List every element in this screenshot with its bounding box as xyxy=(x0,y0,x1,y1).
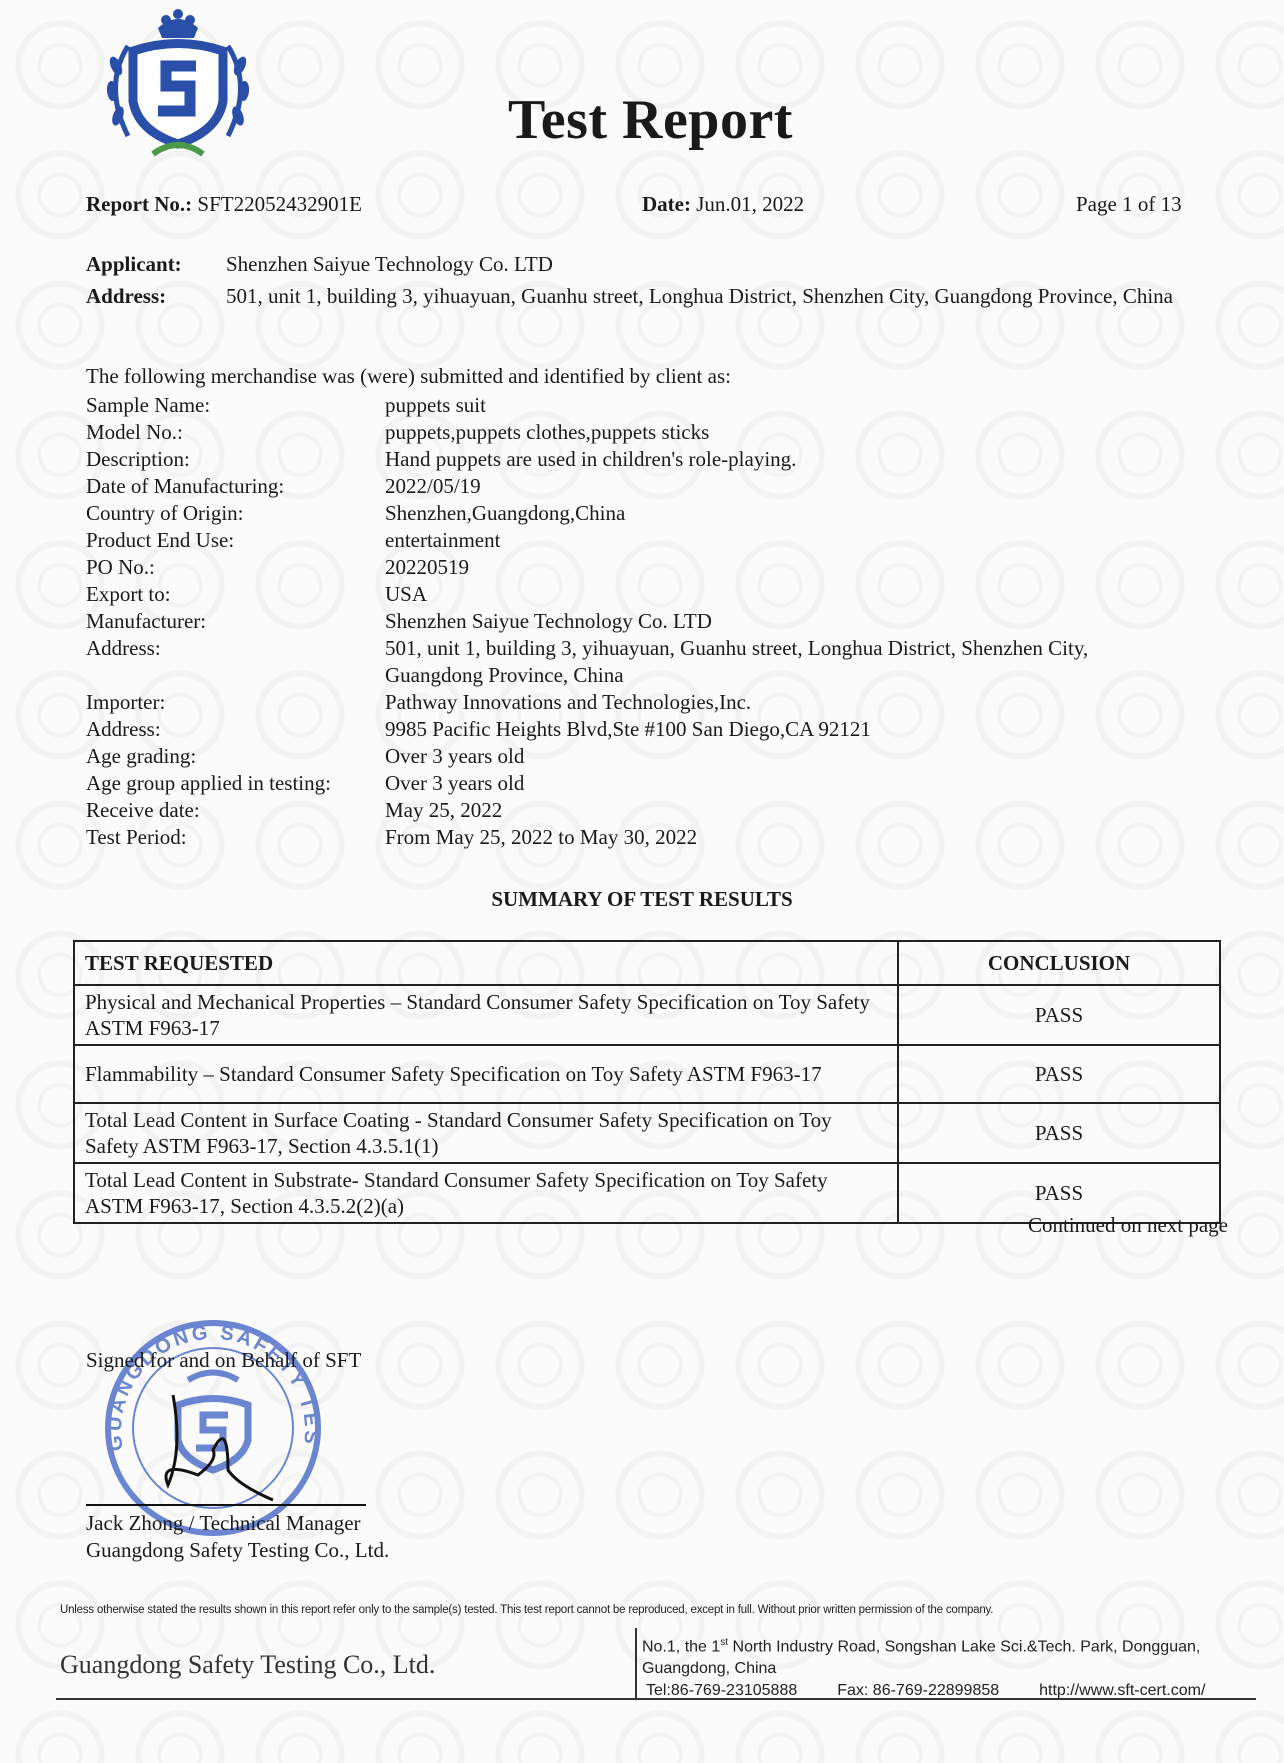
detail-value: puppets,puppets clothes,puppets sticks xyxy=(385,419,1175,446)
detail-value: USA xyxy=(385,581,1175,608)
report-date-value: Jun.01, 2022 xyxy=(696,192,804,216)
detail-row: Importer:Pathway Innovations and Technol… xyxy=(86,689,1175,716)
header-conclusion: CONCLUSION xyxy=(898,941,1220,985)
applicant-value: Shenzhen Saiyue Technology Co. LTD xyxy=(226,252,553,277)
detail-value: Over 3 years old xyxy=(385,743,1175,770)
test-requested-cell: Physical and Mechanical Properties – Sta… xyxy=(74,985,898,1045)
page-title: Test Report xyxy=(508,88,793,152)
report-date-label: Date: xyxy=(642,192,691,216)
detail-label: Importer: xyxy=(86,689,385,716)
detail-row: Country of Origin:Shenzhen,Guangdong,Chi… xyxy=(86,500,1175,527)
detail-value: May 25, 2022 xyxy=(385,797,1175,824)
detail-label: Sample Name: xyxy=(86,392,385,419)
results-table: TEST REQUESTED CONCLUSION Physical and M… xyxy=(73,940,1221,1224)
signer-name: Jack Zhong / Technical Manager xyxy=(86,1510,389,1537)
detail-value: 501, unit 1, building 3, yihuayuan, Guan… xyxy=(385,635,1175,689)
detail-value: 2022/05/19 xyxy=(385,473,1175,500)
footer-company-name: Guangdong Safety Testing Co., Ltd. xyxy=(60,1650,435,1680)
detail-value: Shenzhen,Guangdong,China xyxy=(385,500,1175,527)
detail-label: Country of Origin: xyxy=(86,500,385,527)
detail-row: Address:9985 Pacific Heights Blvd,Ste #1… xyxy=(86,716,1175,743)
detail-row: Address:501, unit 1, building 3, yihuayu… xyxy=(86,635,1175,689)
test-requested-cell: Flammability – Standard Consumer Safety … xyxy=(74,1045,898,1103)
detail-label: Receive date: xyxy=(86,797,385,824)
footer-address-line1: No.1, the 1st North Industry Road, Songs… xyxy=(642,1632,1205,1658)
detail-label: Description: xyxy=(86,446,385,473)
merchandise-details: Sample Name:puppets suitModel No.:puppet… xyxy=(86,392,1175,851)
sft-logo-icon xyxy=(98,6,258,164)
signature-line xyxy=(86,1504,366,1506)
detail-row: Test Period:From May 25, 2022 to May 30,… xyxy=(86,824,1175,851)
detail-row: Manufacturer:Shenzhen Saiyue Technology … xyxy=(86,608,1175,635)
address-label: Address: xyxy=(86,284,226,309)
report-number-label: Report No.: xyxy=(86,192,192,216)
table-row: Total Lead Content in Surface Coating - … xyxy=(74,1103,1220,1163)
detail-row: Age grading:Over 3 years old xyxy=(86,743,1175,770)
detail-label: Age grading: xyxy=(86,743,385,770)
test-requested-cell: Total Lead Content in Surface Coating - … xyxy=(74,1103,898,1163)
signer-company: Guangdong Safety Testing Co., Ltd. xyxy=(86,1537,389,1564)
footer-address: No.1, the 1st North Industry Road, Songs… xyxy=(642,1632,1205,1702)
detail-label: Model No.: xyxy=(86,419,385,446)
detail-value: Shenzhen Saiyue Technology Co. LTD xyxy=(385,608,1175,635)
applicant-label: Applicant: xyxy=(86,252,226,277)
merchandise-intro: The following merchandise was (were) sub… xyxy=(86,364,731,389)
detail-label: Age group applied in testing: xyxy=(86,770,385,797)
conclusion-cell: PASS xyxy=(898,1045,1220,1103)
footer-divider xyxy=(635,1628,637,1698)
detail-row: Sample Name:puppets suit xyxy=(86,392,1175,419)
detail-row: Receive date:May 25, 2022 xyxy=(86,797,1175,824)
detail-row: PO No.:20220519 xyxy=(86,554,1175,581)
detail-value: Pathway Innovations and Technologies,Inc… xyxy=(385,689,1175,716)
detail-row: Export to:USA xyxy=(86,581,1175,608)
detail-label: Address: xyxy=(86,716,385,743)
page-indicator: Page 1 of 13 xyxy=(1076,192,1182,217)
header-test-requested: TEST REQUESTED xyxy=(74,941,898,985)
test-requested-cell: Total Lead Content in Substrate- Standar… xyxy=(74,1163,898,1223)
detail-label: Test Period: xyxy=(86,824,385,851)
table-row: Flammability – Standard Consumer Safety … xyxy=(74,1045,1220,1103)
detail-value: Hand puppets are used in children's role… xyxy=(385,446,1175,473)
report-number: Report No.: SFT22052432901E xyxy=(86,192,362,217)
detail-label: Date of Manufacturing: xyxy=(86,473,385,500)
detail-label: Address: xyxy=(86,635,385,689)
detail-row: Product End Use:entertainment xyxy=(86,527,1175,554)
detail-value: puppets suit xyxy=(385,392,1175,419)
detail-value: Over 3 years old xyxy=(385,770,1175,797)
detail-row: Model No.:puppets,puppets clothes,puppet… xyxy=(86,419,1175,446)
summary-title: SUMMARY OF TEST RESULTS xyxy=(0,887,1284,912)
signer-block: Jack Zhong / Technical Manager Guangdong… xyxy=(86,1510,389,1564)
detail-row: Date of Manufacturing:2022/05/19 xyxy=(86,473,1175,500)
detail-value: entertainment xyxy=(385,527,1175,554)
applicant-block: Applicant: Shenzhen Saiyue Technology Co… xyxy=(86,252,1186,310)
report-date: Date: Jun.01, 2022 xyxy=(642,192,804,217)
continued-note: Continued on next page xyxy=(1028,1213,1228,1238)
conclusion-cell: PASS xyxy=(898,985,1220,1045)
detail-value: From May 25, 2022 to May 30, 2022 xyxy=(385,824,1175,851)
footer-address-line2: Guangdong, China xyxy=(642,1658,1205,1680)
detail-label: Export to: xyxy=(86,581,385,608)
detail-label: Manufacturer: xyxy=(86,608,385,635)
table-row: Physical and Mechanical Properties – Sta… xyxy=(74,985,1220,1045)
conclusion-cell: PASS xyxy=(898,1103,1220,1163)
results-header-row: TEST REQUESTED CONCLUSION xyxy=(74,941,1220,985)
footer-rule xyxy=(56,1698,1256,1700)
detail-row: Age group applied in testing:Over 3 year… xyxy=(86,770,1175,797)
detail-row: Description:Hand puppets are used in chi… xyxy=(86,446,1175,473)
detail-label: PO No.: xyxy=(86,554,385,581)
address-value: 501, unit 1, building 3, yihuayuan, Guan… xyxy=(226,283,1186,310)
detail-value: 20220519 xyxy=(385,554,1175,581)
signed-behalf-text: Signed for and on Behalf of SFT xyxy=(86,1348,361,1373)
report-number-value: SFT22052432901E xyxy=(197,192,362,216)
footer-disclaimer: Unless otherwise stated the results show… xyxy=(60,1604,993,1616)
detail-value: 9985 Pacific Heights Blvd,Ste #100 San D… xyxy=(385,716,1175,743)
detail-label: Product End Use: xyxy=(86,527,385,554)
